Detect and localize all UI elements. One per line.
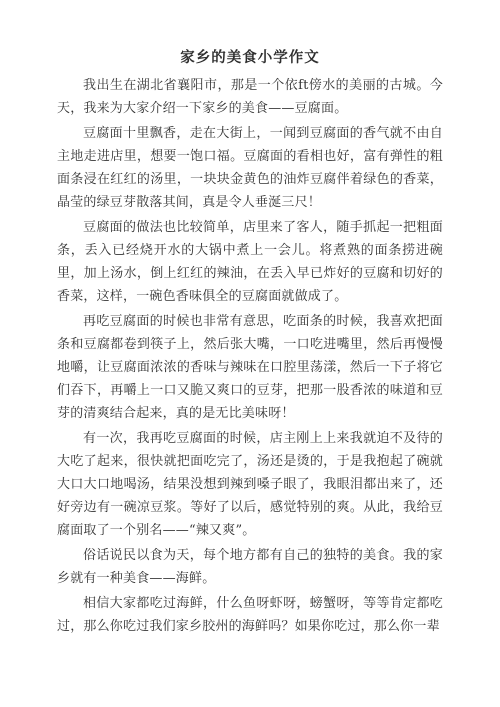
essay-title: 家乡的美食小学作文: [57, 46, 443, 69]
paragraph: 豆腐面的做法也比较简单，店里来了客人，随手抓起一把粗面条，丢入已经烧开水的大锅中…: [57, 216, 443, 308]
paragraph: 再吃豆腐面的时候也非常有意思，吃面条的时候，我喜欢把面条和豆腐都卷到筷子上，然后…: [57, 310, 443, 425]
paragraph: 豆腐面十里飘香，走在大街上，一闻到豆腐面的香气就不由自主地走进店里，想要一饱口福…: [57, 122, 443, 214]
paragraph: 我出生在湖北省襄阳市，那是一个依ft傍水的美丽的古城。今天，我来为大家介绍一下家…: [57, 74, 443, 120]
paragraph: 俗话说民以食为天，每个地方都有自己的独特的美食。我的家乡就有一种美食——海鲜。: [57, 544, 443, 590]
paragraph: 相信大家都吃过海鲜，什么鱼呀虾呀，螃蟹呀，等等肯定都吃过，那么你吃过我们家乡胶州…: [57, 592, 443, 638]
paragraph: 有一次，我再吃豆腐面的时候，店主刚上上来我就迫不及待的大吃了起来，很快就把面吃完…: [57, 427, 443, 542]
document-page: 家乡的美食小学作文 我出生在湖北省襄阳市，那是一个依ft傍水的美丽的古城。今天，…: [0, 0, 500, 707]
essay-body: 我出生在湖北省襄阳市，那是一个依ft傍水的美丽的古城。今天，我来为大家介绍一下家…: [57, 74, 443, 638]
